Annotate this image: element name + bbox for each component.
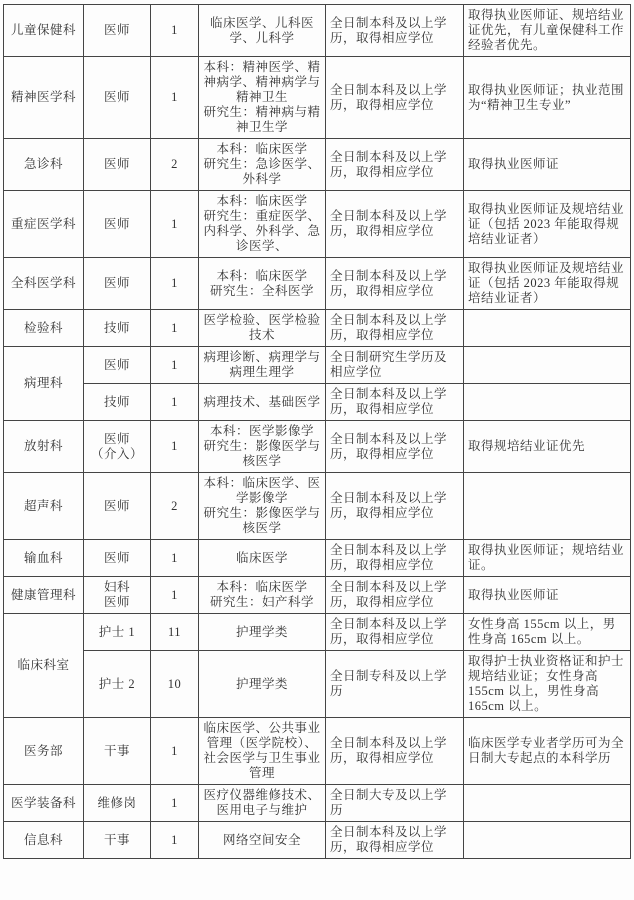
cell-headcount: 1 [151,57,199,139]
cell-position: 医师 [84,5,151,57]
cell-headcount: 1 [151,347,199,384]
cell-major: 临床医学、儿科医学、儿科学 [199,5,326,57]
cell-requirements [464,384,631,421]
table-row: 全科医学科医师1本科：临床医学 研究生：全科医学全日制本科及以上学历，取得相应学… [4,258,631,310]
table-row: 医务部干事1临床医学、公共事业管理（医学院校）、社会医学与卫生事业管理全日制本科… [4,718,631,785]
cell-requirements [464,310,631,347]
cell-position: 维修岗 [84,785,151,822]
cell-requirements: 取得执业医师证；执业范围为“精神卫生专业” [464,57,631,139]
cell-position: 技师 [84,310,151,347]
cell-requirements: 临床医学专业者学历可为全日制大专起点的本科学历 [464,718,631,785]
table-row: 信息科干事1网络空间安全全日制本科及以上学历，取得相应学位 [4,822,631,859]
cell-position: 医师 [84,347,151,384]
cell-position: 干事 [84,822,151,859]
cell-education: 全日制本科及以上学历，取得相应学位 [326,577,464,614]
cell-requirements: 取得执业医师证及规培结业证（包括 2023 年能取得规培结业证者） [464,191,631,258]
cell-education: 全日制本科及以上学历，取得相应学位 [326,718,464,785]
table-row: 超声科医师2本科：临床医学、医学影像学 研究生：影像医学与核医学全日制本科及以上… [4,473,631,540]
table-row: 精神医学科医师1本科：精神医学、精神病学、精神病学与精神卫生 研究生：精神病与精… [4,57,631,139]
cell-education: 全日制本科及以上学历，取得相应学位 [326,258,464,310]
cell-department: 医学装备科 [4,785,84,822]
cell-education: 全日制研究生学历及相应学位 [326,347,464,384]
cell-requirements [464,785,631,822]
cell-requirements: 取得执业医师证 [464,139,631,191]
cell-major: 临床医学、公共事业管理（医学院校）、社会医学与卫生事业管理 [199,718,326,785]
cell-major: 医学检验、医学检验技术 [199,310,326,347]
cell-requirements [464,822,631,859]
cell-requirements: 取得执业医师证 [464,577,631,614]
cell-requirements: 取得执业医师证、规培结业证优先，有儿童保健科工作经验者优先。 [464,5,631,57]
cell-headcount: 1 [151,822,199,859]
cell-department: 儿童保健科 [4,5,84,57]
cell-major: 护理学类 [199,614,326,651]
cell-position: 护士 2 [84,651,151,718]
cell-requirements: 取得护士执业资格证和护士规培结业证；女性身高 155cm 以上，男性身高 165… [464,651,631,718]
cell-department: 超声科 [4,473,84,540]
cell-position: 医师 [84,473,151,540]
cell-education: 全日制本科及以上学历，取得相应学位 [326,473,464,540]
table-row: 急诊科医师2本科：临床医学 研究生：急诊医学、外科学全日制本科及以上学历，取得相… [4,139,631,191]
cell-position: 护士 1 [84,614,151,651]
cell-education: 全日制本科及以上学历，取得相应学位 [326,540,464,577]
cell-major: 网络空间安全 [199,822,326,859]
cell-position: 医师 [84,139,151,191]
cell-education: 全日制本科及以上学历，取得相应学位 [326,5,464,57]
cell-department: 信息科 [4,822,84,859]
cell-department: 精神医学科 [4,57,84,139]
cell-headcount: 1 [151,577,199,614]
table-row: 儿童保健科医师1临床医学、儿科医学、儿科学全日制本科及以上学历，取得相应学位取得… [4,5,631,57]
table-row: 重症医学科医师1本科：临床医学 研究生：重症医学、内科学、外科学、急诊医学、全日… [4,191,631,258]
cell-major: 病理诊断、病理学与病理生理学 [199,347,326,384]
cell-headcount: 1 [151,540,199,577]
cell-position: 技师 [84,384,151,421]
cell-headcount: 1 [151,718,199,785]
cell-headcount: 2 [151,139,199,191]
cell-headcount: 1 [151,191,199,258]
cell-position: 医师 [84,57,151,139]
cell-department: 健康管理科 [4,577,84,614]
cell-headcount: 1 [151,421,199,473]
table-row: 技师1病理技术、基础医学全日制本科及以上学历，取得相应学位 [4,384,631,421]
cell-department: 病理科 [4,347,84,421]
cell-headcount: 10 [151,651,199,718]
cell-requirements: 取得执业医师证及规培结业证（包括 2023 年能取得规培结业证者） [464,258,631,310]
cell-headcount: 11 [151,614,199,651]
cell-headcount: 1 [151,258,199,310]
cell-education: 全日制本科及以上学历，取得相应学位 [326,139,464,191]
cell-department: 全科医学科 [4,258,84,310]
cell-major: 本科：临床医学 研究生：急诊医学、外科学 [199,139,326,191]
table-row: 护士 210护理学类全日制专科及以上学历取得护士执业资格证和护士规培结业证；女性… [4,651,631,718]
cell-position: 医师 [84,191,151,258]
cell-education: 全日制本科及以上学历，取得相应学位 [326,310,464,347]
cell-major: 本科：临床医学、医学影像学 研究生：影像医学与核医学 [199,473,326,540]
cell-requirements [464,347,631,384]
cell-requirements: 女性身高 155cm 以上，男性身高 165cm 以上。 [464,614,631,651]
cell-education: 全日制本科及以上学历，取得相应学位 [326,384,464,421]
cell-department: 急诊科 [4,139,84,191]
cell-position: 干事 [84,718,151,785]
cell-education: 全日制专科及以上学历 [326,651,464,718]
cell-position: 医师 [84,258,151,310]
cell-department: 检验科 [4,310,84,347]
cell-education: 全日制本科及以上学历，取得相应学位 [326,822,464,859]
table-row: 放射科医师 （介入）1本科：医学影像学 研究生：影像医学与核医学全日制本科及以上… [4,421,631,473]
cell-headcount: 1 [151,785,199,822]
cell-requirements: 取得执业医师证；规培结业证。 [464,540,631,577]
cell-major: 本科：精神医学、精神病学、精神病学与精神卫生 研究生：精神病与精神卫生学 [199,57,326,139]
cell-department: 重症医学科 [4,191,84,258]
cell-major: 本科：医学影像学 研究生：影像医学与核医学 [199,421,326,473]
cell-education: 全日制本科及以上学历，取得相应学位 [326,614,464,651]
cell-headcount: 2 [151,473,199,540]
cell-major: 本科：临床医学 研究生：重症医学、内科学、外科学、急诊医学、 [199,191,326,258]
table-row: 临床科室护士 111护理学类全日制本科及以上学历，取得相应学位女性身高 155c… [4,614,631,651]
table-row: 医学装备科维修岗1医疗仪器维修技术、医用电子与维护全日制大专及以上学历 [4,785,631,822]
cell-department: 临床科室 [4,614,84,718]
table-row: 检验科技师1医学检验、医学检验技术全日制本科及以上学历，取得相应学位 [4,310,631,347]
cell-requirements [464,473,631,540]
cell-headcount: 1 [151,5,199,57]
cell-major: 临床医学 [199,540,326,577]
cell-major: 护理学类 [199,651,326,718]
cell-position: 医师 [84,540,151,577]
cell-major: 本科：临床医学 研究生：全科医学 [199,258,326,310]
cell-requirements: 取得规培结业证优先 [464,421,631,473]
cell-major: 本科：临床医学 研究生：妇产科学 [199,577,326,614]
cell-education: 全日制大专及以上学历 [326,785,464,822]
cell-department: 医务部 [4,718,84,785]
cell-position: 医师 （介入） [84,421,151,473]
table-row: 病理科医师1病理诊断、病理学与病理生理学全日制研究生学历及相应学位 [4,347,631,384]
cell-department: 放射科 [4,421,84,473]
cell-headcount: 1 [151,384,199,421]
cell-education: 全日制本科及以上学历，取得相应学位 [326,421,464,473]
cell-position: 妇科 医师 [84,577,151,614]
cell-headcount: 1 [151,310,199,347]
recruitment-table: 儿童保健科医师1临床医学、儿科医学、儿科学全日制本科及以上学历，取得相应学位取得… [3,4,631,859]
table-row: 健康管理科妇科 医师1本科：临床医学 研究生：妇产科学全日制本科及以上学历，取得… [4,577,631,614]
cell-department: 输血科 [4,540,84,577]
cell-education: 全日制本科及以上学历，取得相应学位 [326,191,464,258]
table-row: 输血科医师1临床医学全日制本科及以上学历，取得相应学位取得执业医师证；规培结业证… [4,540,631,577]
document-page: 儿童保健科医师1临床医学、儿科医学、儿科学全日制本科及以上学历，取得相应学位取得… [0,0,634,900]
cell-major: 病理技术、基础医学 [199,384,326,421]
cell-major: 医疗仪器维修技术、医用电子与维护 [199,785,326,822]
cell-education: 全日制本科及以上学历，取得相应学位 [326,57,464,139]
